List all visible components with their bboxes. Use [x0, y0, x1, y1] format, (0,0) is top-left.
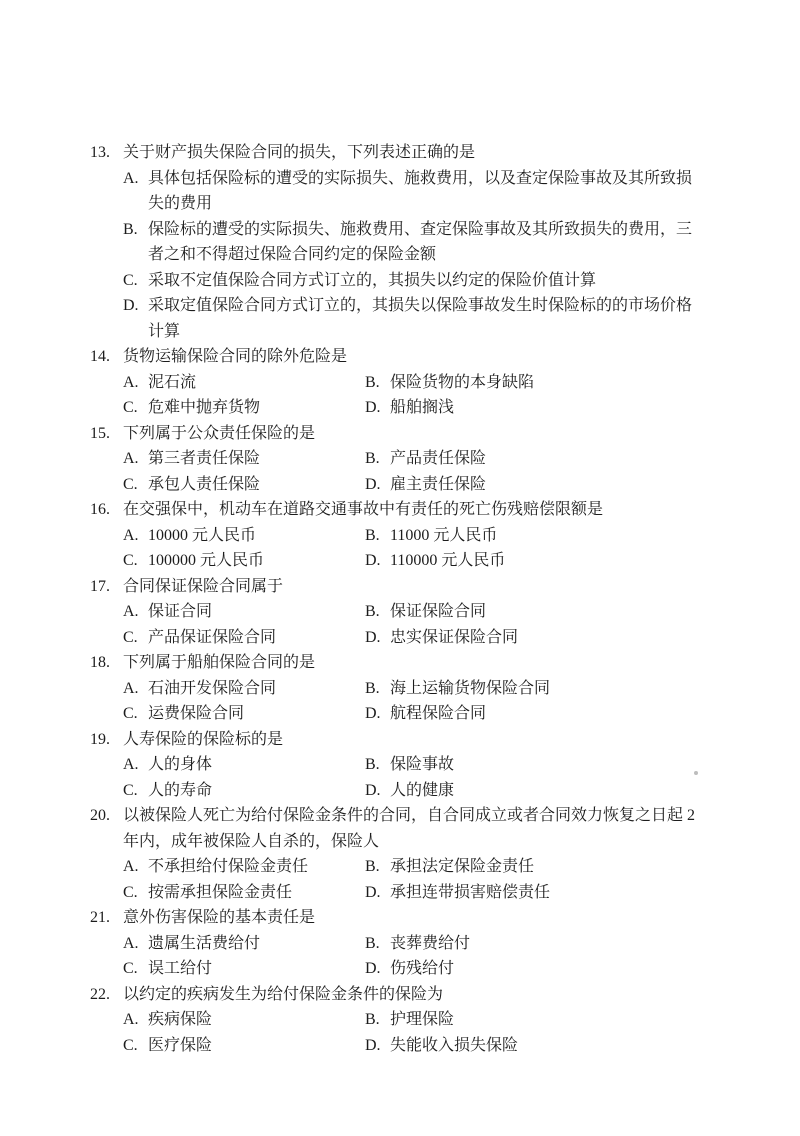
option-label: D.: [365, 548, 390, 574]
question-21: 21. 意外伤害保险的基本责任是 A. 遗属生活费给付 B. 丧葬费给付 C. …: [90, 905, 715, 982]
q19-option-d: D. 人的健康: [365, 778, 715, 804]
q20-option-a: A. 不承担给付保险金责任: [123, 854, 365, 880]
q21-options-ab: A. 遗属生活费给付 B. 丧葬费给付: [123, 931, 715, 957]
option-label: A.: [123, 370, 148, 396]
q22-option-a: A. 疾病保险: [123, 1007, 365, 1033]
question-19: 19. 人寿保险的保险标的是 A. 人的身体 B. 保险事故 C. 人的寿命: [90, 727, 715, 804]
question-number: 13.: [90, 140, 123, 166]
q16-option-a: A. 10000 元人民币: [123, 523, 365, 549]
option-text: 海上运输货物保险合同: [390, 676, 550, 702]
option-label: D.: [365, 472, 390, 498]
question-text: 在交强保中，机动车在道路交通事故中有责任的死亡伤残赔偿限额是: [123, 497, 603, 523]
q18-options-cd: C. 运费保险合同 D. 航程保险合同: [123, 701, 715, 727]
q16-option-d: D. 110000 元人民币: [365, 548, 715, 574]
option-text: 石油开发保险合同: [148, 676, 276, 702]
q22-option-d: D. 失能收入损失保险: [365, 1033, 715, 1059]
q21-option-b: B. 丧葬费给付: [365, 931, 715, 957]
question-18: 18. 下列属于船舶保险合同的是 A. 石油开发保险合同 B. 海上运输货物保险…: [90, 650, 715, 727]
question-13: 13. 关于财产损失保险合同的损失，下列表述正确的是 A. 具体包括保险标的遭受…: [90, 140, 715, 344]
option-text: 11000 元人民币: [390, 523, 497, 549]
question-20: 20. 以被保险人死亡为给付保险金条件的合同，自合同成立或者合同效力恢复之日起 …: [90, 803, 715, 905]
q14-option-b: B. 保险货物的本身缺陷: [365, 370, 715, 396]
q19-options-ab: A. 人的身体 B. 保险事故: [123, 752, 715, 778]
option-text: 护理保险: [390, 1007, 454, 1033]
question-number: 20.: [90, 803, 123, 829]
option-text: 航程保险合同: [390, 701, 486, 727]
q21-options-cd: C. 误工给付 D. 伤残给付: [123, 956, 715, 982]
option-text: 误工给付: [148, 956, 212, 982]
option-text: 疾病保险: [148, 1007, 212, 1033]
option-label: A.: [123, 854, 148, 880]
q17-option-c: C. 产品保证保险合同: [123, 625, 365, 651]
option-label: C.: [123, 880, 148, 906]
option-text: 保证保险合同: [390, 599, 486, 625]
option-label: B.: [365, 523, 390, 549]
option-text: 具体包括保险标的遭受的实际损失、施救费用，以及查定保险事故及其所致损失的费用: [148, 166, 694, 217]
q18-option-d: D. 航程保险合同: [365, 701, 715, 727]
option-label: D.: [365, 701, 390, 727]
q18-option-c: C. 运费保险合同: [123, 701, 365, 727]
option-text: 遗属生活费给付: [148, 931, 260, 957]
question-15: 15. 下列属于公众责任保险的是 A. 第三者责任保险 B. 产品责任保险 C.…: [90, 421, 715, 498]
q15-options-cd: C. 承包人责任保险 D. 雇主责任保险: [123, 472, 715, 498]
question-22: 22. 以约定的疾病发生为给付保险金条件的保险为 A. 疾病保险 B. 护理保险…: [90, 982, 715, 1059]
q22-options-cd: C. 医疗保险 D. 失能收入损失保险: [123, 1033, 715, 1059]
option-label: B.: [123, 217, 148, 243]
q14-options-cd: C. 危难中抛弃货物 D. 船舶搁浅: [123, 395, 715, 421]
option-label: C.: [123, 778, 148, 804]
q19-option-c: C. 人的寿命: [123, 778, 365, 804]
option-text: 采取定值保险合同方式订立的，其损失以保险事故发生时保险标的的市场价格计算: [148, 293, 694, 344]
option-label: B.: [365, 370, 390, 396]
option-label: D.: [365, 625, 390, 651]
q20-options-ab: A. 不承担给付保险金责任 B. 承担法定保险金责任: [123, 854, 715, 880]
option-text: 丧葬费给付: [390, 931, 470, 957]
q14-options-ab: A. 泥石流 B. 保险货物的本身缺陷: [123, 370, 715, 396]
q13-option-d: D. 采取定值保险合同方式订立的，其损失以保险事故发生时保险标的的市场价格计算: [123, 293, 715, 344]
exam-page: 13. 关于财产损失保险合同的损失，下列表述正确的是 A. 具体包括保险标的遭受…: [0, 0, 800, 1136]
q16-options-ab: A. 10000 元人民币 B. 11000 元人民币: [123, 523, 715, 549]
option-label: A.: [123, 523, 148, 549]
option-text: 医疗保险: [148, 1033, 212, 1059]
question-number: 17.: [90, 574, 123, 600]
question-stem: 14. 货物运输保险合同的除外危险是: [90, 344, 715, 370]
q15-option-a: A. 第三者责任保险: [123, 446, 365, 472]
option-text: 船舶搁浅: [390, 395, 454, 421]
option-text: 失能收入损失保险: [390, 1033, 518, 1059]
question-number: 16.: [90, 497, 123, 523]
question-text: 合同保证保险合同属于: [123, 574, 283, 600]
option-text: 人的健康: [390, 778, 454, 804]
option-text: 100000 元人民币: [148, 548, 264, 574]
question-stem: 19. 人寿保险的保险标的是: [90, 727, 715, 753]
option-label: D.: [365, 1033, 390, 1059]
question-stem: 20. 以被保险人死亡为给付保险金条件的合同，自合同成立或者合同效力恢复之日起 …: [90, 803, 715, 854]
scan-speck: [694, 771, 698, 775]
option-text: 泥石流: [148, 370, 196, 396]
option-label: B.: [365, 1007, 390, 1033]
option-label: C.: [123, 395, 148, 421]
option-label: C.: [123, 1033, 148, 1059]
question-stem: 16. 在交强保中，机动车在道路交通事故中有责任的死亡伤残赔偿限额是: [90, 497, 715, 523]
q17-options-ab: A. 保证合同 B. 保证保险合同: [123, 599, 715, 625]
q18-option-a: A. 石油开发保险合同: [123, 676, 365, 702]
q20-option-b: B. 承担法定保险金责任: [365, 854, 715, 880]
q17-options-cd: C. 产品保证保险合同 D. 忠实保证保险合同: [123, 625, 715, 651]
q15-options-ab: A. 第三者责任保险 B. 产品责任保险: [123, 446, 715, 472]
option-text: 人的寿命: [148, 778, 212, 804]
q22-option-b: B. 护理保险: [365, 1007, 715, 1033]
option-text: 产品保证保险合同: [148, 625, 276, 651]
question-text: 以被保险人死亡为给付保险金条件的合同，自合同成立或者合同效力恢复之日起 2 年内…: [123, 803, 701, 854]
q19-options-cd: C. 人的寿命 D. 人的健康: [123, 778, 715, 804]
option-text: 危难中抛弃货物: [148, 395, 260, 421]
q15-option-d: D. 雇主责任保险: [365, 472, 715, 498]
q21-option-c: C. 误工给付: [123, 956, 365, 982]
question-stem: 13. 关于财产损失保险合同的损失，下列表述正确的是: [90, 140, 715, 166]
option-text: 第三者责任保险: [148, 446, 260, 472]
option-text: 保证合同: [148, 599, 212, 625]
option-text: 按需承担保险金责任: [148, 880, 292, 906]
q21-option-a: A. 遗属生活费给付: [123, 931, 365, 957]
q13-option-b: B. 保险标的遭受的实际损失、施救费用、查定保险事故及其所致损失的费用，三者之和…: [123, 217, 715, 268]
question-text: 下列属于船舶保险合同的是: [123, 650, 315, 676]
q17-option-d: D. 忠实保证保险合同: [365, 625, 715, 651]
option-text: 产品责任保险: [390, 446, 486, 472]
q18-options-ab: A. 石油开发保险合同 B. 海上运输货物保险合同: [123, 676, 715, 702]
question-text: 关于财产损失保险合同的损失，下列表述正确的是: [123, 140, 475, 166]
option-label: C.: [123, 472, 148, 498]
question-stem: 18. 下列属于船舶保险合同的是: [90, 650, 715, 676]
question-stem: 21. 意外伤害保险的基本责任是: [90, 905, 715, 931]
option-label: A.: [123, 676, 148, 702]
option-label: A.: [123, 446, 148, 472]
option-label: B.: [365, 752, 390, 778]
question-text: 下列属于公众责任保险的是: [123, 421, 315, 447]
option-text: 忠实保证保险合同: [390, 625, 518, 651]
question-stem: 17. 合同保证保险合同属于: [90, 574, 715, 600]
q13-option-c: C. 采取不定值保险合同方式订立的，其损失以约定的保险价值计算: [123, 268, 715, 294]
option-label: A.: [123, 599, 148, 625]
option-text: 10000 元人民币: [148, 523, 256, 549]
option-label: C.: [123, 268, 148, 294]
q18-option-b: B. 海上运输货物保险合同: [365, 676, 715, 702]
q22-options-ab: A. 疾病保险 B. 护理保险: [123, 1007, 715, 1033]
question-number: 14.: [90, 344, 123, 370]
option-label: D.: [365, 880, 390, 906]
option-label: B.: [365, 446, 390, 472]
question-number: 18.: [90, 650, 123, 676]
q19-option-b: B. 保险事故: [365, 752, 715, 778]
q17-option-b: B. 保证保险合同: [365, 599, 715, 625]
option-label: A.: [123, 931, 148, 957]
question-14: 14. 货物运输保险合同的除外危险是 A. 泥石流 B. 保险货物的本身缺陷 C…: [90, 344, 715, 421]
q16-option-c: C. 100000 元人民币: [123, 548, 365, 574]
q14-option-c: C. 危难中抛弃货物: [123, 395, 365, 421]
option-label: A.: [123, 1007, 148, 1033]
q19-option-a: A. 人的身体: [123, 752, 365, 778]
option-label: B.: [365, 854, 390, 880]
q20-option-c: C. 按需承担保险金责任: [123, 880, 365, 906]
option-text: 承包人责任保险: [148, 472, 260, 498]
option-label: B.: [365, 676, 390, 702]
question-list: 13. 关于财产损失保险合同的损失，下列表述正确的是 A. 具体包括保险标的遭受…: [90, 140, 715, 1058]
option-label: D.: [365, 956, 390, 982]
option-text: 人的身体: [148, 752, 212, 778]
option-text: 保险货物的本身缺陷: [390, 370, 534, 396]
q15-option-c: C. 承包人责任保险: [123, 472, 365, 498]
q15-option-b: B. 产品责任保险: [365, 446, 715, 472]
q13-option-a: A. 具体包括保险标的遭受的实际损失、施救费用，以及查定保险事故及其所致损失的费…: [123, 166, 715, 217]
option-text: 110000 元人民币: [390, 548, 505, 574]
q20-option-d: D. 承担连带损害赔偿责任: [365, 880, 715, 906]
question-text: 意外伤害保险的基本责任是: [123, 905, 315, 931]
option-text: 雇主责任保险: [390, 472, 486, 498]
question-stem: 22. 以约定的疾病发生为给付保险金条件的保险为: [90, 982, 715, 1008]
option-label: C.: [123, 625, 148, 651]
question-number: 22.: [90, 982, 123, 1008]
option-label: A.: [123, 752, 148, 778]
option-label: C.: [123, 701, 148, 727]
option-label: D.: [365, 778, 390, 804]
option-text: 承担法定保险金责任: [390, 854, 534, 880]
option-text: 运费保险合同: [148, 701, 244, 727]
q14-option-d: D. 船舶搁浅: [365, 395, 715, 421]
option-label: D.: [365, 395, 390, 421]
question-16: 16. 在交强保中，机动车在道路交通事故中有责任的死亡伤残赔偿限额是 A. 10…: [90, 497, 715, 574]
question-number: 15.: [90, 421, 123, 447]
option-label: A.: [123, 166, 148, 192]
option-text: 不承担给付保险金责任: [148, 854, 308, 880]
question-17: 17. 合同保证保险合同属于 A. 保证合同 B. 保证保险合同 C. 产品保证…: [90, 574, 715, 651]
question-text: 人寿保险的保险标的是: [123, 727, 283, 753]
option-label: B.: [365, 931, 390, 957]
question-number: 21.: [90, 905, 123, 931]
q16-option-b: B. 11000 元人民币: [365, 523, 715, 549]
option-label: B.: [365, 599, 390, 625]
question-text: 以约定的疾病发生为给付保险金条件的保险为: [123, 982, 443, 1008]
question-stem: 15. 下列属于公众责任保险的是: [90, 421, 715, 447]
option-text: 保险事故: [390, 752, 454, 778]
q20-options-cd: C. 按需承担保险金责任 D. 承担连带损害赔偿责任: [123, 880, 715, 906]
q16-options-cd: C. 100000 元人民币 D. 110000 元人民币: [123, 548, 715, 574]
option-text: 承担连带损害赔偿责任: [390, 880, 550, 906]
option-label: D.: [123, 293, 148, 319]
option-label: C.: [123, 548, 148, 574]
q14-option-a: A. 泥石流: [123, 370, 365, 396]
question-number: 19.: [90, 727, 123, 753]
q17-option-a: A. 保证合同: [123, 599, 365, 625]
q21-option-d: D. 伤残给付: [365, 956, 715, 982]
option-text: 采取不定值保险合同方式订立的，其损失以约定的保险价值计算: [148, 268, 596, 294]
question-text: 货物运输保险合同的除外危险是: [123, 344, 347, 370]
option-text: 保险标的遭受的实际损失、施救费用、查定保险事故及其所致损失的费用，三者之和不得超…: [148, 217, 694, 268]
q22-option-c: C. 医疗保险: [123, 1033, 365, 1059]
option-text: 伤残给付: [390, 956, 454, 982]
option-label: C.: [123, 956, 148, 982]
